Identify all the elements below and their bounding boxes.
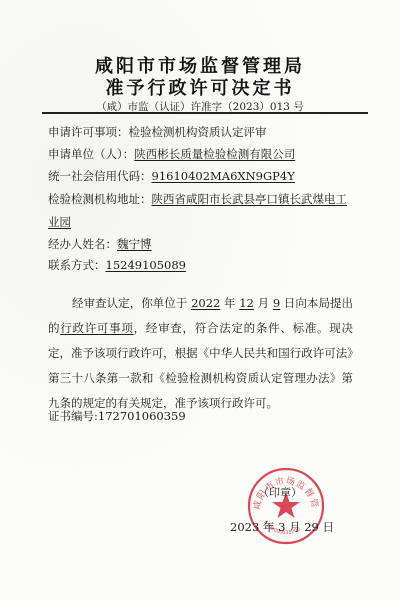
field-applicant: 申请单位（人）：陕西彬长质量检验检测有限公司 <box>48 146 295 162</box>
field-handler-name: 经办人姓名：魏宁博 <box>48 236 152 252</box>
document-page: 咸阳市市场监督管理局 准予行政许可决定书 （咸）市监（认证）许准字（2023）0… <box>0 0 400 600</box>
field-permit-item: 申请许可事项：检验检测机构资质认定评审 <box>48 124 267 140</box>
application-year: 2022 <box>191 296 220 310</box>
field-value: 陕西省咸阳市长武县亭口镇长武煤电工 <box>152 192 348 206</box>
document-title: 准予行政许可决定书 <box>0 74 400 100</box>
field-label: 申请许可事项： <box>48 125 129 139</box>
field-credit-code: 统一社会信用代码：91610402MA6XN9GP4Y <box>48 168 295 184</box>
field-label: 经办人姓名： <box>48 237 117 251</box>
field-address-continued: 业园 <box>48 214 71 230</box>
field-address: 检验检测机构地址：陕西省咸阳市长武县亭口镇长武煤电工 <box>48 191 347 207</box>
field-value: 魏宁博 <box>117 237 152 251</box>
permit-item-text: 行政许可事项 <box>60 321 133 335</box>
certificate-label: 证书编号: <box>48 409 98 423</box>
field-label: 申请单位（人）： <box>48 147 134 161</box>
field-value: 检验检测机构资质认定评审 <box>129 125 267 139</box>
application-month: 12 <box>239 296 254 310</box>
issue-date: 2023 年 3 月 29 日 <box>230 519 334 535</box>
field-value: 15249105089 <box>106 258 186 272</box>
field-contact: 联系方式：15249105089 <box>48 257 186 273</box>
field-value: 业园 <box>48 215 71 229</box>
field-value: 陕西彬长质量检验检测有限公司 <box>134 147 295 161</box>
field-label: 统一社会信用代码： <box>48 169 152 183</box>
decision-paragraph: 经审查认定，你单位于 2022 年 12 月 9 日向本局提出的行政许可事项，经… <box>48 291 353 416</box>
field-label: 联系方式： <box>48 258 106 272</box>
field-label: 检验检测机构地址： <box>48 192 152 206</box>
certificate-value: 172701060359 <box>98 409 186 423</box>
seal-label: （印章） <box>258 484 302 500</box>
certificate-number: 证书编号:172701060359 <box>48 408 186 424</box>
field-value: 91610402MA6XN9GP4Y <box>152 169 295 183</box>
header-divider <box>42 112 368 114</box>
